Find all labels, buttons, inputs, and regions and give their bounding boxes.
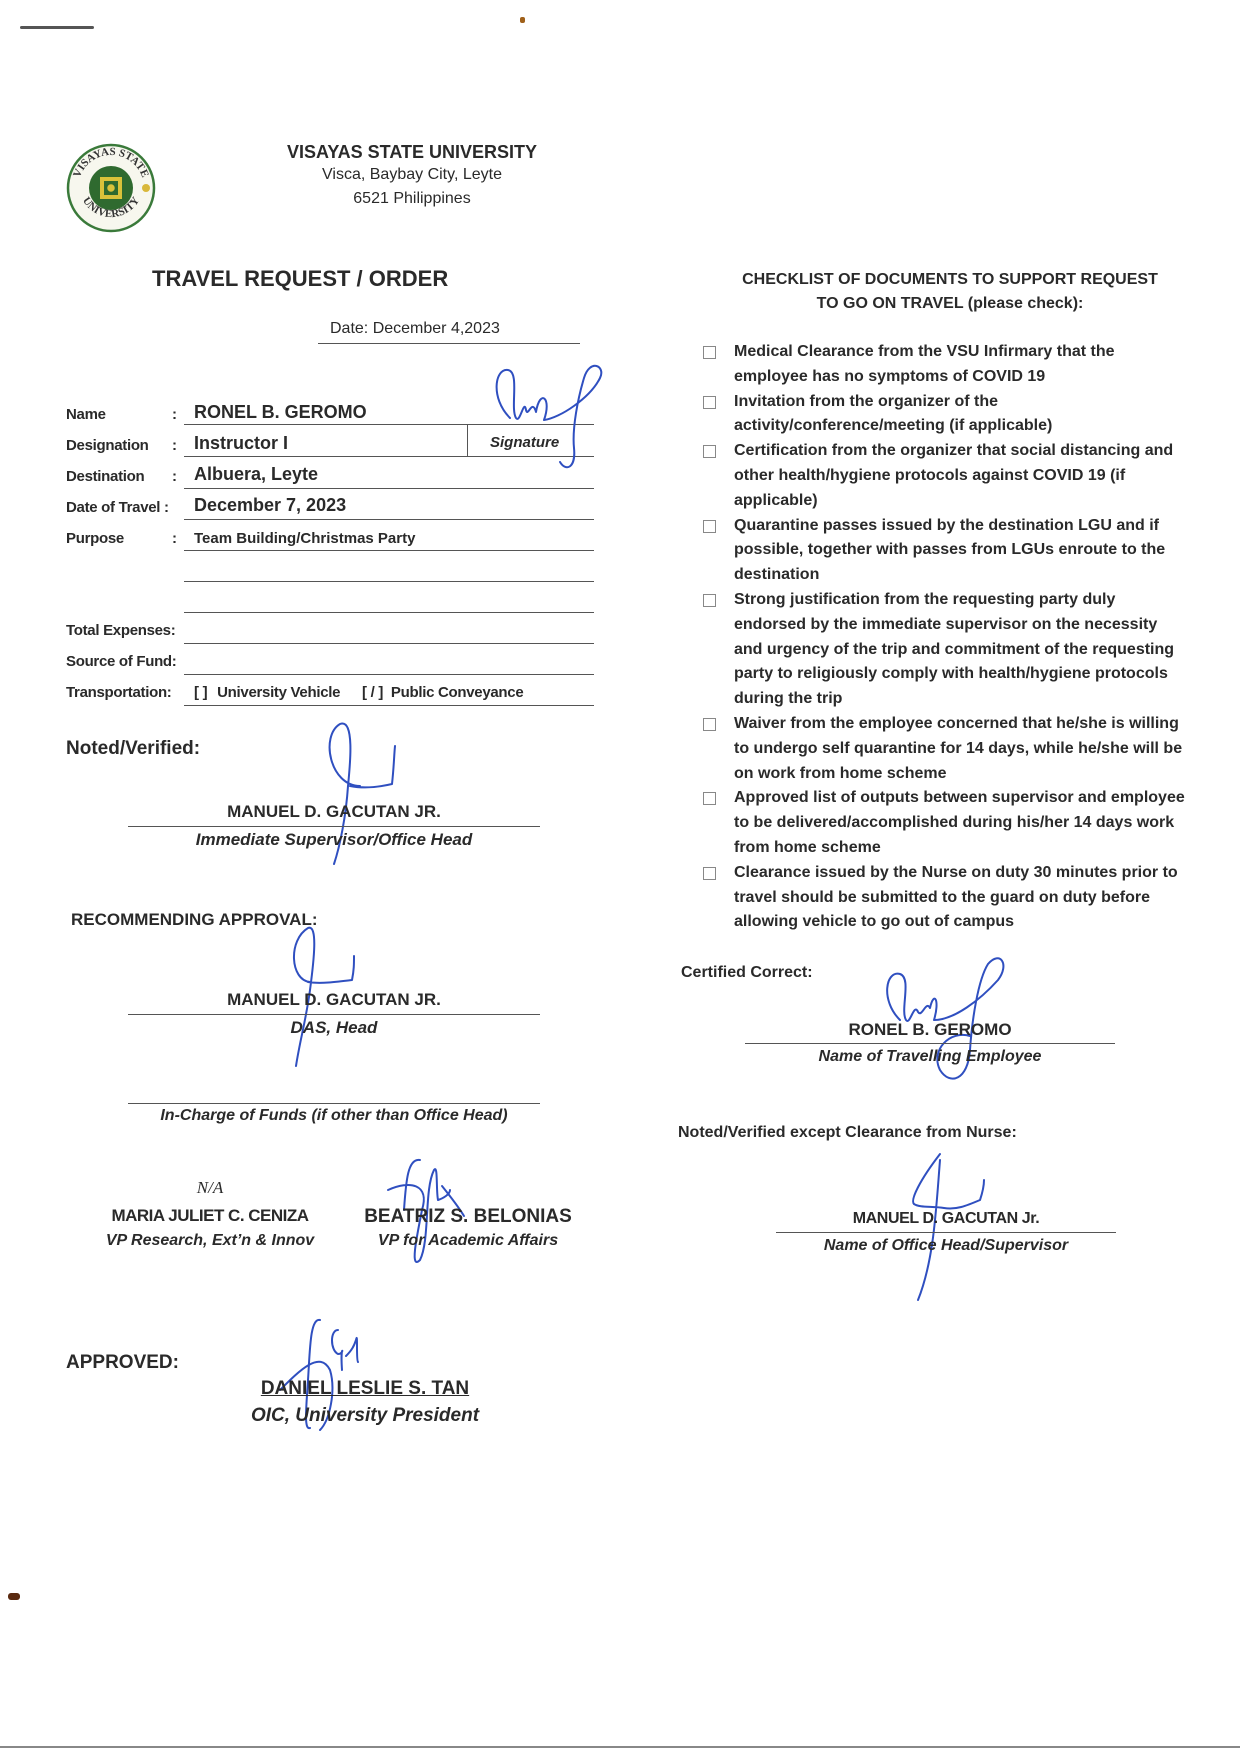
employee-signature-line bbox=[745, 1043, 1115, 1044]
employee-name: RONEL B. GEROMO bbox=[745, 1020, 1115, 1040]
scan-mark-bottom-left bbox=[8, 1593, 20, 1600]
transportation-underline bbox=[184, 705, 594, 706]
checklist-checkbox[interactable] bbox=[703, 520, 716, 533]
purpose-label: Purpose bbox=[66, 530, 124, 547]
university-address: Visca, Baybay City, Leyte bbox=[262, 166, 562, 184]
checklist-item: Waiver from the employee concerned that … bbox=[700, 712, 1190, 786]
checklist-item: Clearance issued by the Nurse on duty 30… bbox=[700, 861, 1190, 935]
checklist-checkbox[interactable] bbox=[703, 346, 716, 359]
vp-research-role: VP Research, Ext’n & Innov bbox=[70, 1232, 350, 1250]
vp-research-name: MARIA JULIET C. CENIZA bbox=[70, 1206, 350, 1226]
recommending-approval-heading: RECOMMENDING APPROVAL: bbox=[71, 910, 318, 930]
university-seal-logo: VISAYAS STATE UNIVERSITY bbox=[66, 143, 156, 233]
destination-label: Destination bbox=[66, 468, 144, 485]
funds-signature-line bbox=[128, 1103, 540, 1104]
checklist-checkbox[interactable] bbox=[703, 718, 716, 731]
in-charge-of-funds-role: In-Charge of Funds (if other than Office… bbox=[128, 1107, 540, 1125]
form-title: TRAVEL REQUEST / ORDER bbox=[152, 266, 448, 292]
destination-colon: : bbox=[172, 468, 177, 485]
checklist-item: Certification from the organizer that so… bbox=[700, 439, 1190, 513]
office-head-name: MANUEL D. GACUTAN Jr. bbox=[776, 1210, 1116, 1228]
requester-signature bbox=[480, 358, 610, 478]
purpose-underline-2 bbox=[184, 581, 594, 582]
source-of-fund-underline bbox=[184, 674, 594, 675]
transportation-label: Transportation: bbox=[66, 684, 172, 701]
certified-correct-heading: Certified Correct: bbox=[681, 964, 813, 982]
purpose-value[interactable]: Team Building/Christmas Party bbox=[194, 530, 415, 547]
checklist-checkbox[interactable] bbox=[703, 594, 716, 607]
checklist-checkbox[interactable] bbox=[703, 792, 716, 805]
purpose-colon: : bbox=[172, 530, 177, 547]
office-head-signature-line bbox=[776, 1232, 1116, 1233]
designation-colon: : bbox=[172, 437, 177, 454]
name-value[interactable]: RONEL B. GEROMO bbox=[194, 402, 367, 423]
vp-research-na-note: N/A bbox=[80, 1178, 340, 1198]
checklist-item: Medical Clearance from the VSU Infirmary… bbox=[700, 340, 1190, 390]
noted-verified-signature-line bbox=[128, 826, 540, 827]
office-head-signature bbox=[880, 1150, 990, 1310]
recommending-signature-line bbox=[128, 1014, 540, 1015]
checklist-item: Strong justification from the requesting… bbox=[700, 588, 1190, 712]
signature-box-divider bbox=[467, 424, 468, 456]
transportation-options: [ ] University Vehicle [ / ] Public Conv… bbox=[194, 684, 523, 701]
scan-edge-bottom bbox=[0, 1746, 1240, 1748]
checklist-item: Invitation from the organizer of the act… bbox=[700, 390, 1190, 440]
date-of-travel-value[interactable]: December 7, 2023 bbox=[194, 495, 346, 516]
checklist-item-text: Strong justification from the requesting… bbox=[734, 591, 1174, 707]
noted-verified-heading: Noted/Verified: bbox=[66, 738, 200, 760]
approved-heading: APPROVED: bbox=[66, 1352, 179, 1374]
checklist-item: Quarantine passes issued by the destinat… bbox=[700, 514, 1190, 588]
employee-role: Name of Travelling Employee bbox=[745, 1048, 1115, 1066]
source-of-fund-label: Source of Fund: bbox=[66, 653, 177, 670]
university-seal-icon: VISAYAS STATE UNIVERSITY bbox=[66, 143, 156, 233]
office-head-role: Name of Office Head/Supervisor bbox=[776, 1237, 1116, 1255]
checklist-item-text: Clearance issued by the Nurse on duty 30… bbox=[734, 864, 1178, 931]
date-of-travel-underline bbox=[184, 519, 594, 520]
checklist: Medical Clearance from the VSU Infirmary… bbox=[700, 340, 1190, 935]
checklist-item-text: Waiver from the employee concerned that … bbox=[734, 715, 1182, 782]
total-expenses-label: Total Expenses: bbox=[66, 622, 175, 639]
university-vehicle-label: University Vehicle bbox=[217, 684, 340, 701]
date-of-travel-label: Date of Travel : bbox=[66, 499, 169, 516]
university-name: VISAYAS STATE UNIVERSITY bbox=[262, 142, 562, 163]
checklist-heading-line-2: TO GO ON TRAVEL (please check): bbox=[700, 292, 1200, 316]
checklist-checkbox[interactable] bbox=[703, 445, 716, 458]
total-expenses-underline bbox=[184, 643, 594, 644]
public-conveyance-checkbox[interactable]: [ / ] bbox=[362, 684, 383, 701]
vp-academic-name: BEATRIZ S. BELONIAS bbox=[348, 1206, 588, 1228]
checklist-checkbox[interactable] bbox=[703, 867, 716, 880]
date-underline bbox=[318, 343, 580, 344]
purpose-underline-1 bbox=[184, 550, 594, 551]
noted-verified-role: Immediate Supervisor/Office Head bbox=[128, 830, 540, 850]
checklist-item-text: Medical Clearance from the VSU Infirmary… bbox=[734, 343, 1115, 385]
checklist-item-text: Quarantine passes issued by the destinat… bbox=[734, 517, 1165, 584]
designation-label: Designation bbox=[66, 437, 149, 454]
designation-underline bbox=[184, 456, 594, 457]
university-zip-country: 6521 Philippines bbox=[262, 190, 562, 208]
recommending-role: DAS, Head bbox=[128, 1018, 540, 1038]
scan-speck-top bbox=[520, 17, 525, 23]
scan-mark-top-left bbox=[20, 26, 94, 29]
recommending-name: MANUEL D. GACUTAN JR. bbox=[128, 990, 540, 1010]
name-underline bbox=[184, 424, 594, 425]
name-colon: : bbox=[172, 406, 177, 423]
checklist-item-text: Approved list of outputs between supervi… bbox=[734, 789, 1185, 856]
destination-underline bbox=[184, 488, 594, 489]
destination-value[interactable]: Albuera, Leyte bbox=[194, 464, 318, 485]
name-label: Name bbox=[66, 406, 106, 423]
purpose-underline-3 bbox=[184, 612, 594, 613]
checklist-item-text: Invitation from the organizer of the act… bbox=[734, 393, 1052, 435]
checklist-heading: CHECKLIST OF DOCUMENTS TO SUPPORT REQUES… bbox=[700, 268, 1200, 316]
public-conveyance-label: Public Conveyance bbox=[391, 684, 523, 701]
president-role: OIC, University President bbox=[220, 1405, 510, 1427]
university-vehicle-checkbox[interactable]: [ ] bbox=[194, 684, 207, 701]
request-date: Date: December 4,2023 bbox=[330, 320, 500, 338]
checklist-item-text: Certification from the organizer that so… bbox=[734, 442, 1173, 509]
vp-academic-role: VP for Academic Affairs bbox=[348, 1232, 588, 1250]
noted-verified-name: MANUEL D. GACUTAN JR. bbox=[128, 802, 540, 822]
president-name: DANIEL LESLIE S. TAN bbox=[240, 1378, 490, 1400]
nurse-note-heading: Noted/Verified except Clearance from Nur… bbox=[678, 1124, 1017, 1142]
designation-value[interactable]: Instructor I bbox=[194, 433, 288, 454]
signature-label: Signature bbox=[490, 434, 559, 451]
checklist-heading-line-1: CHECKLIST OF DOCUMENTS TO SUPPORT REQUES… bbox=[700, 268, 1200, 292]
checklist-item: Approved list of outputs between supervi… bbox=[700, 786, 1190, 860]
checklist-checkbox[interactable] bbox=[703, 396, 716, 409]
